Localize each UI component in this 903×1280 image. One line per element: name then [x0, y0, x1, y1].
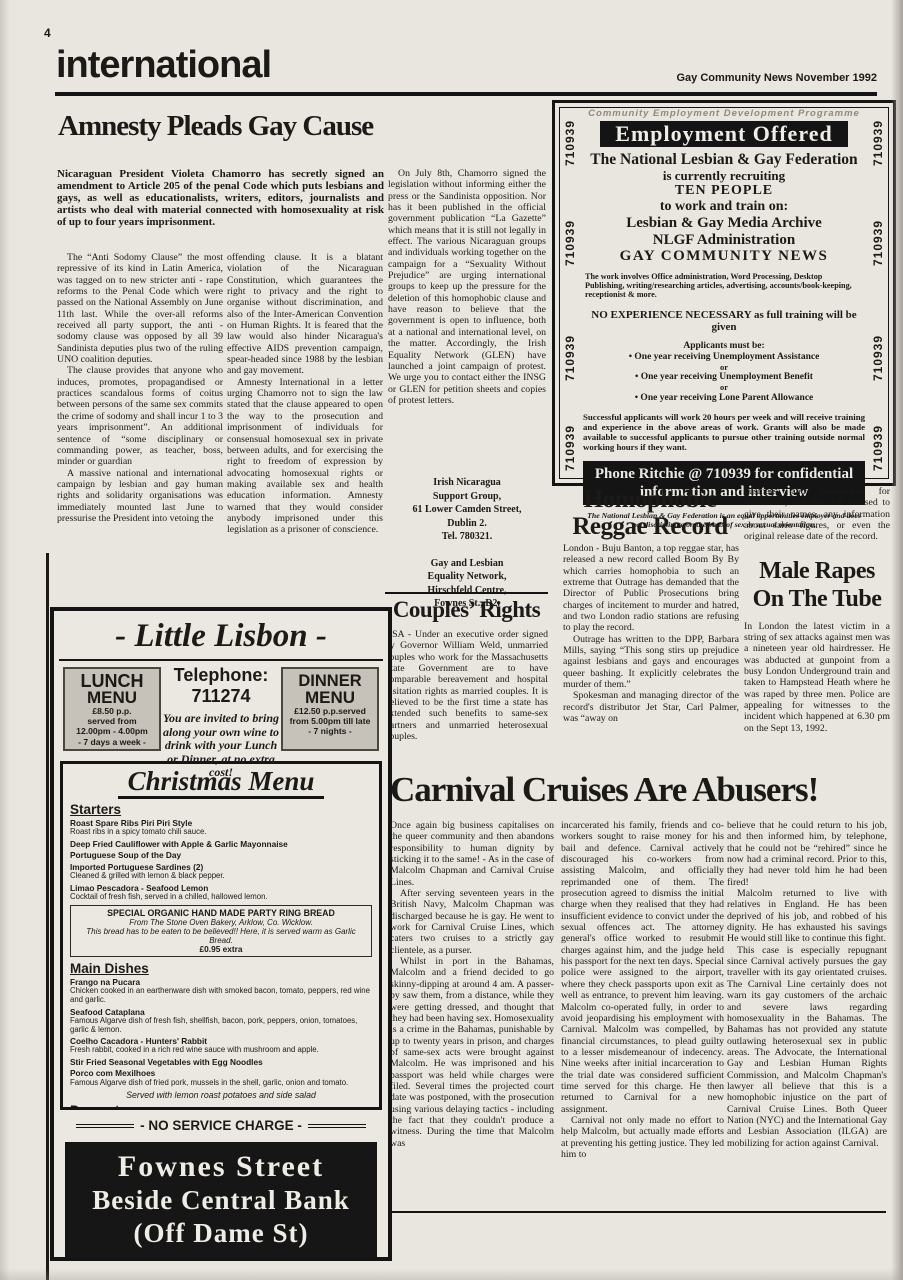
applicants-line: Applicants must be: [583, 341, 865, 352]
amnesty-headline: Amnesty Pleads Gay Cause [58, 110, 388, 143]
telephone-line: Telephone: 711274 [162, 665, 280, 707]
bread-source: From The Stone Oven Bakery, Arklow, Co. … [75, 918, 367, 927]
lunch-detail: £8.50 p.p. [65, 706, 159, 716]
paragraph: On July 8th, Chamorro signed the legisla… [388, 168, 546, 406]
menu-item-name: Deep Fried Cauliflower with Apple & Garl… [70, 840, 372, 849]
dinner-title: MENU [283, 690, 377, 706]
paragraph: London - Buju Banton, a top reggae star,… [563, 543, 739, 634]
employment-ad: 710939 710939 710939 710939 710939 71093… [552, 100, 896, 486]
menu-item: Roast Spare Ribs Piri Piri Style Roast r… [70, 819, 372, 837]
paragraph: Spokesman and managing director of the r… [563, 690, 739, 724]
male-rapes-headline: Male Rapes On The Tube [744, 557, 890, 613]
menu-item: Porco com Mexilhoes Famous Algarve dish … [70, 1069, 372, 1087]
decorative-rule [76, 1124, 134, 1128]
article-bottom-rule [388, 1211, 886, 1213]
train-on-line: to work and train on: [583, 199, 865, 215]
issue-line: Gay Community News November 1992 [676, 72, 877, 84]
dinner-detail: - 7 nights - [283, 726, 377, 736]
contact-line: Tel. 780321. [388, 530, 546, 544]
banner-line: Fownes Street [65, 1149, 377, 1184]
contact-insg: Irish Nicaragua Support Group, 61 Lower … [388, 476, 546, 544]
telephone-and-byo: Telephone: 711274 You are invited to bri… [162, 665, 280, 780]
menu-item: Stir Fried Seasonal Vegetables with Egg … [70, 1058, 372, 1067]
ten-people-line: TEN PEOPLE [583, 183, 865, 199]
work-area: Lesbian & Gay Media Archive [583, 215, 865, 232]
menu-item-desc: Famous Algarve dish of fried pork, musse… [70, 1079, 372, 1088]
vertical-phone-number: 710939 [871, 331, 885, 385]
section-masthead: international [56, 44, 271, 87]
carnival-column-3: believe that he could return to his job,… [727, 820, 887, 1210]
paragraph: offending clause. It is a blatant violat… [227, 252, 383, 377]
menu-item-desc: Famous Algarve dish of fresh fish, shell… [70, 1017, 372, 1035]
header-rule [55, 92, 877, 96]
menu-item-desc: Cocktail of fresh fish, served in a chil… [70, 893, 372, 902]
page-number: 4 [44, 26, 51, 40]
paragraph: Carnival not only made no effort to help… [561, 1115, 724, 1160]
paragraph: Whilst in port in the Bahamas, Malcolm a… [390, 956, 554, 1149]
paragraph: USA - Under an executive order signed by… [385, 629, 548, 742]
lunch-detail: 12.00pm - 4.00pm [65, 726, 159, 736]
employment-offered-banner: Employment Offered [600, 121, 848, 147]
menu-item-desc: Chicken cooked in an earthenware dish wi… [70, 987, 372, 1005]
couples-rights-body: USA - Under an executive order signed by… [385, 629, 548, 775]
lunch-title: MENU [65, 690, 159, 706]
work-area: GAY COMMUNITY NEWS [583, 248, 865, 265]
contact-line: Support Group, [388, 490, 546, 504]
lunch-detail: - 7 days a week - [65, 737, 159, 747]
amnesty-column-2: offending clause. It is a blatant violat… [227, 252, 383, 608]
menu-item: Limao Pescadora - Seafood Lemon Cocktail… [70, 884, 372, 902]
no-service-charge: - NO SERVICE CHARGE - [76, 1118, 366, 1133]
vertical-phone-number: 710939 [563, 216, 577, 270]
dinner-detail: from 5.00pm till late [283, 716, 377, 726]
contact-line: Equality Network, [388, 570, 546, 584]
dinner-menu-box: DINNER MENU £12.50 p.p.served from 5.00p… [281, 667, 379, 751]
paragraph: This case is especially repugnant since … [727, 945, 887, 1149]
no-experience-line: NO EXPERIENCE NECESSARY as full training… [583, 309, 865, 333]
or-separator: or [583, 363, 865, 373]
bread-price: £0.95 extra [75, 945, 367, 955]
contact-line: Irish Nicaragua [388, 476, 546, 490]
menu-item: Imported Portuguese Sardines (2) Cleaned… [70, 863, 372, 881]
paragraph: The clause provides that anyone who indu… [57, 365, 223, 467]
reggae-headline: Homophobic Reggae Record [560, 486, 740, 540]
lunch-detail: served from [65, 716, 159, 726]
paragraph: Outrage has written to the DPP, Barbara … [563, 634, 739, 691]
contact-line: Dublin 2. [388, 517, 546, 531]
little-lisbon-ad: - Little Lisbon - LUNCH MENU £8.50 p.p. … [50, 607, 392, 1261]
organisation-name: The National Lesbian & Gay Federation [583, 151, 865, 168]
requirement: • One year receiving Lone Parent Allowan… [583, 393, 865, 404]
vertical-phone-number: 710939 [871, 421, 885, 475]
menu-item: Seafood Cataplana Famous Algarve dish of… [70, 1008, 372, 1035]
contact-line: Hirschfeld Centre, [388, 584, 546, 598]
banner-line: Beside Central Bank [65, 1184, 377, 1217]
bread-title: SPECIAL ORGANIC HAND MADE PARTY RING BRE… [75, 908, 367, 918]
menu-item-name: Stir Fried Seasonal Vegetables with Egg … [70, 1058, 372, 1067]
work-involves-note: The work involves Office administration,… [585, 272, 863, 300]
menu-item: Deep Fried Cauliflower with Apple & Garl… [70, 840, 372, 849]
amnesty-lead: Nicaraguan President Violeta Chamorro ha… [57, 168, 384, 228]
restaurant-name: - Little Lisbon - [54, 617, 388, 655]
reggae-body: London - Buju Banton, a top reggae star,… [563, 543, 739, 775]
christmas-menu-box: Christmas Menu Starters Roast Spare Ribs… [60, 761, 382, 1110]
paragraph: The “Anti Sodomy Clause” the most repres… [57, 252, 223, 365]
menu-item: Portuguese Soup of the Day [70, 851, 372, 860]
menu-item-name: Portuguese Soup of the Day [70, 851, 372, 860]
menu-item-desc: Fresh rabbit, cooked in a rich red wine … [70, 1046, 372, 1055]
menu-section-header: Starters [70, 802, 372, 817]
bread-note: This bread has to be eaten to be believe… [75, 927, 367, 945]
byo-note: You are invited to bring along your own … [162, 712, 280, 780]
contact-block: Irish Nicaragua Support Group, 61 Lower … [388, 476, 546, 611]
employment-ad-content: Community Employment Development Program… [583, 108, 865, 478]
paragraph: Once again big business capitalises on t… [390, 820, 554, 888]
menu-item-desc: Roast ribs in a spicy tomato chili sauce… [70, 828, 372, 837]
served-with-note: Served with lemon roast potatoes and sid… [70, 1090, 372, 1100]
menu-section-header: Main Dishes [70, 961, 372, 976]
amnesty-column-3: On July 8th, Chamorro signed the legisla… [388, 168, 546, 474]
carnival-column-1: Once again big business capitalises on t… [390, 820, 554, 1210]
paragraph: A massive national and international cam… [57, 468, 223, 525]
bread-box: SPECIAL ORGANIC HAND MADE PARTY RING BRE… [70, 905, 372, 958]
or-separator: or [583, 383, 865, 393]
male-rapes-body: In London the latest victim in a string … [744, 621, 890, 734]
couples-rights-headline: Couples’ Rights [385, 597, 548, 623]
contact-line: Gay and Lesbian [388, 557, 546, 571]
paragraph: incarcerated his family, friends and co-… [561, 820, 724, 1115]
vertical-phone-number: 710939 [871, 216, 885, 270]
menus-row: LUNCH MENU £8.50 p.p. served from 12.00p… [60, 665, 382, 753]
recruiting-line: is currently recruiting [583, 168, 865, 183]
vertical-phone-number: 710939 [871, 116, 885, 170]
fownes-street-banner: Fownes Street Beside Central Bank (Off D… [65, 1142, 377, 1258]
dinner-detail: £12.50 p.p.served [283, 706, 377, 716]
lunch-menu-box: LUNCH MENU £8.50 p.p. served from 12.00p… [63, 667, 161, 751]
contact-line: 61 Lower Camden Street, [388, 503, 546, 517]
page-fold-line [46, 553, 49, 1280]
paragraph: After serving seventeen years in the Bri… [390, 888, 554, 956]
programme-label: Community Employment Development Program… [583, 108, 865, 119]
vertical-phone-number: 710939 [563, 421, 577, 475]
vertical-phone-number: 710939 [563, 116, 577, 170]
paragraph: believe that he could return to his job,… [727, 820, 887, 888]
right-column: business and unavailable for comment”, a… [744, 486, 890, 776]
newspaper-page: 4 international Gay Community News Novem… [0, 0, 903, 1280]
amnesty-column-1: The “Anti Sodomy Clause” the most repres… [57, 252, 223, 608]
carnival-headline: Carnival Cruises Are Abusers! [390, 770, 888, 810]
reggae-continuation: business and unavailable for comment”, a… [744, 486, 890, 543]
work-area: NLGF Administration [583, 232, 865, 249]
menu-item-desc: Cleaned & grilled with lemon & black pep… [70, 872, 372, 881]
menu-section-header: Desserts [70, 1103, 372, 1110]
paragraph: Amnesty International in a letter urging… [227, 377, 383, 536]
menu-item: Frango na Pucara Chicken cooked in an ea… [70, 978, 372, 1005]
banner-line: (Off Dame St) [65, 1217, 377, 1249]
grants-note: Successful applicants will work 20 hours… [583, 412, 865, 452]
column-rule [385, 592, 548, 594]
decorative-rule [308, 1124, 366, 1128]
vertical-phone-number: 710939 [563, 331, 577, 385]
paragraph: Malcolm returned to live with relatives … [727, 888, 887, 945]
divider-rule [59, 659, 383, 661]
menu-item: Coelho Cacadora - Hunters' Rabbit Fresh … [70, 1037, 372, 1055]
carnival-column-2: incarcerated his family, friends and co-… [561, 820, 724, 1210]
no-service-charge-text: - NO SERVICE CHARGE - [140, 1118, 302, 1133]
